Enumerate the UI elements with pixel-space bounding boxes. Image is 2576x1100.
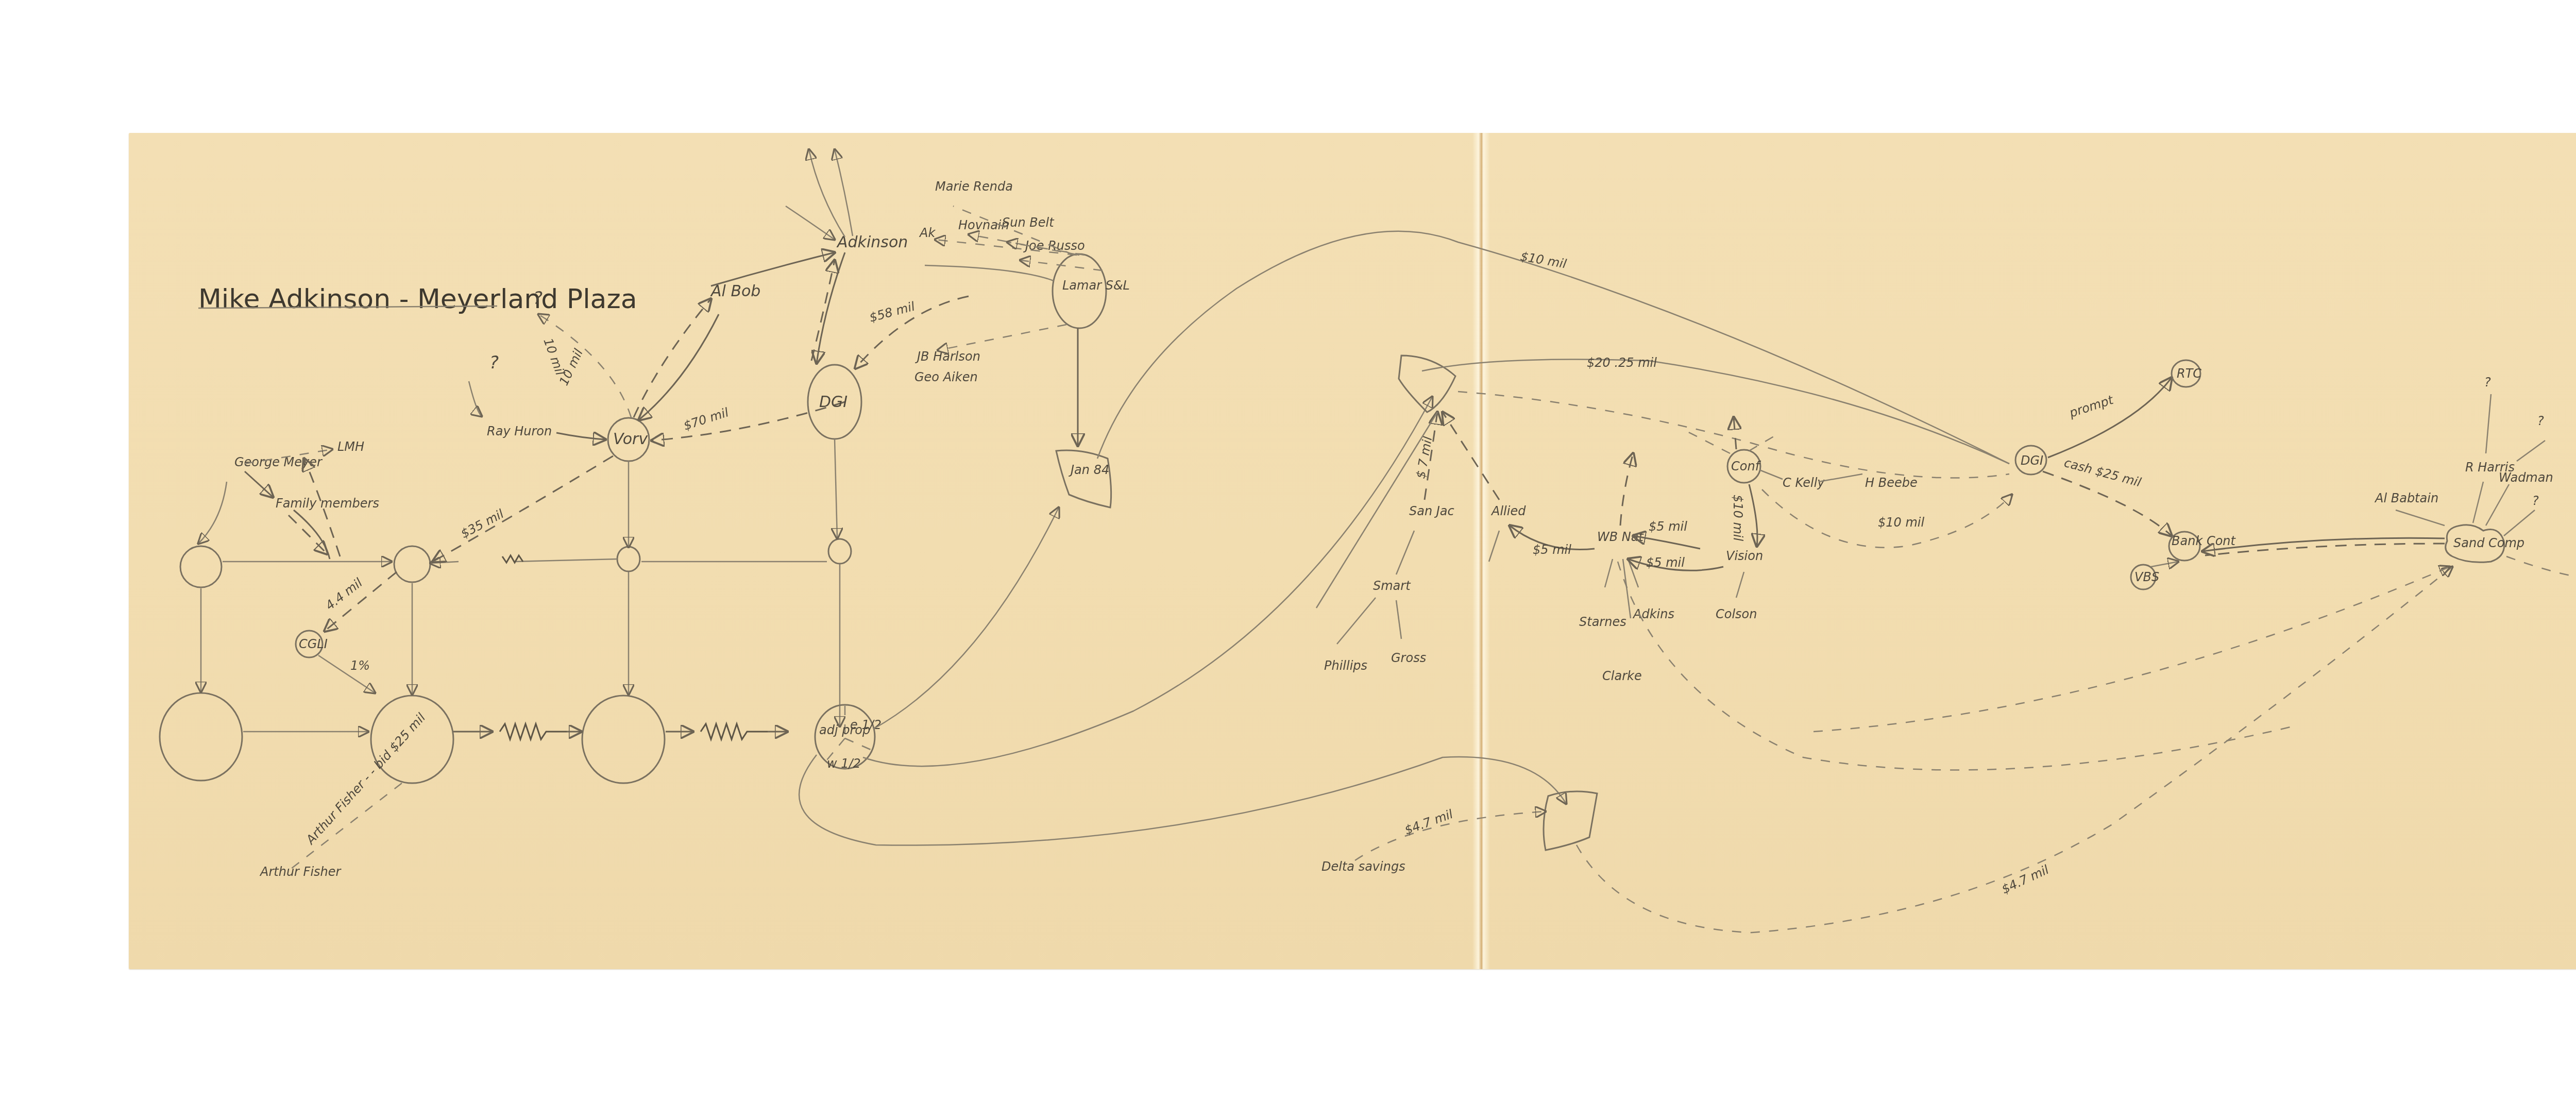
label-dgi-left: DGI bbox=[819, 393, 848, 411]
resistor-icon bbox=[701, 724, 768, 739]
edge-20-25-curve bbox=[1422, 360, 2009, 464]
label-smart: Smart bbox=[1373, 579, 1411, 593]
edge bbox=[430, 562, 459, 563]
edge bbox=[873, 507, 1059, 729]
edge bbox=[1620, 453, 1633, 526]
label-h-beebe: H Beebe bbox=[1865, 476, 1918, 490]
edge bbox=[925, 265, 1054, 281]
edge-label-10-mil-conf: $10 mil bbox=[1731, 495, 1745, 541]
label-starnes: Starnes bbox=[1579, 615, 1626, 629]
edge bbox=[245, 471, 273, 497]
edge-label-prompt: prompt bbox=[2067, 392, 2116, 420]
label-wadman: Wadman bbox=[2499, 470, 2553, 485]
label-e-half: e 1/2 bbox=[850, 718, 882, 732]
label-question: ? bbox=[533, 288, 543, 309]
label-c-kelly: C Kelly bbox=[1783, 476, 1825, 490]
edge-label-35-mil: $35 mil bbox=[459, 506, 506, 541]
edge-label-cgli: 1% bbox=[350, 658, 370, 673]
edge-label-4-7-mil-b: $4.7 mil bbox=[1999, 862, 2052, 897]
page-title: Mike Adkinson - Meyerland Plaza bbox=[198, 284, 637, 315]
edge-label-5-mil-a: $5 mil bbox=[1533, 543, 1571, 557]
edge bbox=[1443, 412, 1499, 500]
label-ray-huron: Ray Huron bbox=[487, 424, 552, 438]
edge bbox=[2396, 510, 2445, 526]
edge bbox=[1819, 474, 1862, 482]
edge bbox=[1749, 484, 1757, 546]
edge bbox=[556, 433, 605, 439]
blank-node-c bbox=[160, 693, 242, 781]
edge bbox=[2048, 378, 2172, 458]
edge bbox=[786, 206, 835, 240]
label-san-jac: San Jac bbox=[1409, 504, 1454, 518]
label-vision: Vision bbox=[1726, 549, 1763, 563]
edge bbox=[2205, 544, 2445, 555]
label-clarke: Clarke bbox=[1602, 669, 1642, 683]
edge bbox=[289, 515, 327, 554]
blank-node-g bbox=[828, 539, 851, 564]
edge bbox=[1628, 559, 1638, 587]
label-adkinson: Adkinson bbox=[836, 233, 908, 251]
edge bbox=[1337, 598, 1376, 644]
node-lower-pie bbox=[1544, 791, 1597, 850]
node-jan-84 bbox=[1056, 450, 1111, 507]
label-jb-harlson: JB Harlson bbox=[915, 349, 980, 364]
edge bbox=[1618, 562, 2293, 770]
label-geo-aiken: Geo Aiken bbox=[914, 370, 978, 384]
label-lamar: Lamar S&L bbox=[1062, 278, 1130, 293]
label-question-b: ? bbox=[2537, 414, 2544, 428]
edge bbox=[2473, 482, 2483, 523]
label-dgi-right: DGI bbox=[2021, 453, 2043, 468]
edge bbox=[2504, 510, 2535, 536]
label-al-bob: Al Bob bbox=[710, 282, 760, 300]
edge bbox=[469, 381, 482, 416]
label-george-meyer: George Meyer bbox=[234, 455, 323, 469]
edge-label-cash: cash $25 mil bbox=[2062, 455, 2143, 490]
divider bbox=[845, 738, 871, 750]
label-sand-comp: Sand Comp bbox=[2453, 536, 2524, 550]
label-vorv: Vorv bbox=[613, 430, 648, 448]
label-colson: Colson bbox=[1716, 607, 1757, 621]
edge-label-7-mil: $ 7 mil bbox=[1413, 435, 1435, 480]
edge bbox=[1605, 559, 1613, 587]
edge-label-10-mil-arc: $10 mil bbox=[1878, 515, 1924, 530]
edge bbox=[809, 149, 845, 237]
edge-label-70-mil: $70 mil bbox=[682, 405, 731, 433]
edge bbox=[1814, 567, 2450, 732]
edge-label-bid: Arthur Fisher - - bid $25 mil bbox=[302, 710, 428, 848]
edge bbox=[2151, 562, 2178, 567]
blank-node-f bbox=[617, 547, 640, 571]
label-question-a: ? bbox=[2484, 375, 2491, 390]
label-delta-savings: Delta savings bbox=[1321, 859, 1405, 874]
edge bbox=[1749, 433, 1780, 451]
edge-label-5-mil-b: $5 mil bbox=[1649, 519, 1687, 534]
label-rtc: RTC bbox=[2177, 366, 2201, 381]
network-diagram: Mike Adkinson - Meyerland Plaza George M… bbox=[0, 0, 2576, 1100]
edge bbox=[198, 482, 227, 544]
edge bbox=[1396, 531, 1414, 574]
edge bbox=[2486, 484, 2509, 526]
edge bbox=[1685, 430, 1730, 453]
label-allied: Allied bbox=[1490, 504, 1526, 518]
edge bbox=[2506, 556, 2576, 603]
label-family-members: Family members bbox=[276, 496, 379, 511]
edge bbox=[711, 252, 835, 286]
label-al-babtain: Al Babtain bbox=[2374, 491, 2438, 505]
edge bbox=[2486, 394, 2491, 453]
blank-node-e bbox=[582, 696, 665, 783]
label-cgli: CGLI bbox=[299, 637, 328, 651]
edge bbox=[1759, 470, 1783, 479]
edge bbox=[799, 755, 1566, 845]
label-vbs: VBS bbox=[2134, 570, 2159, 584]
edge bbox=[1623, 559, 1631, 618]
edge bbox=[294, 510, 330, 559]
label-w-half: w 1/2 bbox=[827, 756, 861, 771]
label-phillips: Phillips bbox=[1324, 658, 1367, 673]
label-marie-renda: Marie Renda bbox=[935, 179, 1013, 194]
edge bbox=[1734, 417, 1736, 449]
label-question: ? bbox=[489, 352, 499, 373]
edge bbox=[639, 314, 719, 420]
label-ak: Ak bbox=[919, 226, 936, 240]
blank-node-a bbox=[180, 546, 222, 587]
edge bbox=[1020, 260, 1103, 270]
edge-label-4-4-mil: 4.4 mil bbox=[323, 576, 365, 613]
label-lmh: LMH bbox=[337, 439, 364, 454]
edge bbox=[2517, 441, 2545, 461]
edge bbox=[1489, 531, 1499, 562]
label-question-c: ? bbox=[2532, 494, 2539, 508]
label-jan-84: Jan 84 bbox=[1069, 463, 1109, 477]
edge bbox=[1396, 600, 1401, 639]
edge bbox=[863, 397, 1432, 766]
label-bank-cont: Bank Cont bbox=[2172, 534, 2236, 548]
edge bbox=[1736, 572, 1744, 598]
edge-label-5-mil-c: $5 mil bbox=[1646, 555, 1685, 570]
edge bbox=[433, 456, 613, 562]
edge bbox=[2202, 538, 2445, 551]
node-central-hub bbox=[1399, 356, 1455, 412]
edge bbox=[515, 559, 617, 562]
label-conf: Conf bbox=[1731, 459, 1761, 473]
edge bbox=[811, 260, 835, 361]
blank-node-b bbox=[394, 546, 430, 582]
edge-label-20-25-mil: $20 .25 mil bbox=[1587, 356, 1657, 370]
edge-label-4-7-mil-a: $4.7 mil bbox=[1402, 807, 1455, 838]
edge bbox=[652, 402, 845, 441]
label-gross: Gross bbox=[1391, 651, 1426, 665]
label-sun-belt: Sun Belt bbox=[1002, 215, 1055, 230]
edge bbox=[634, 299, 711, 417]
edge bbox=[938, 325, 1066, 350]
label-adkins-1: Adkins bbox=[1632, 607, 1674, 621]
label-arthur-fisher: Arthur Fisher bbox=[259, 865, 342, 879]
resistor-icon bbox=[500, 724, 567, 739]
edge bbox=[835, 439, 837, 538]
edge bbox=[817, 252, 845, 363]
